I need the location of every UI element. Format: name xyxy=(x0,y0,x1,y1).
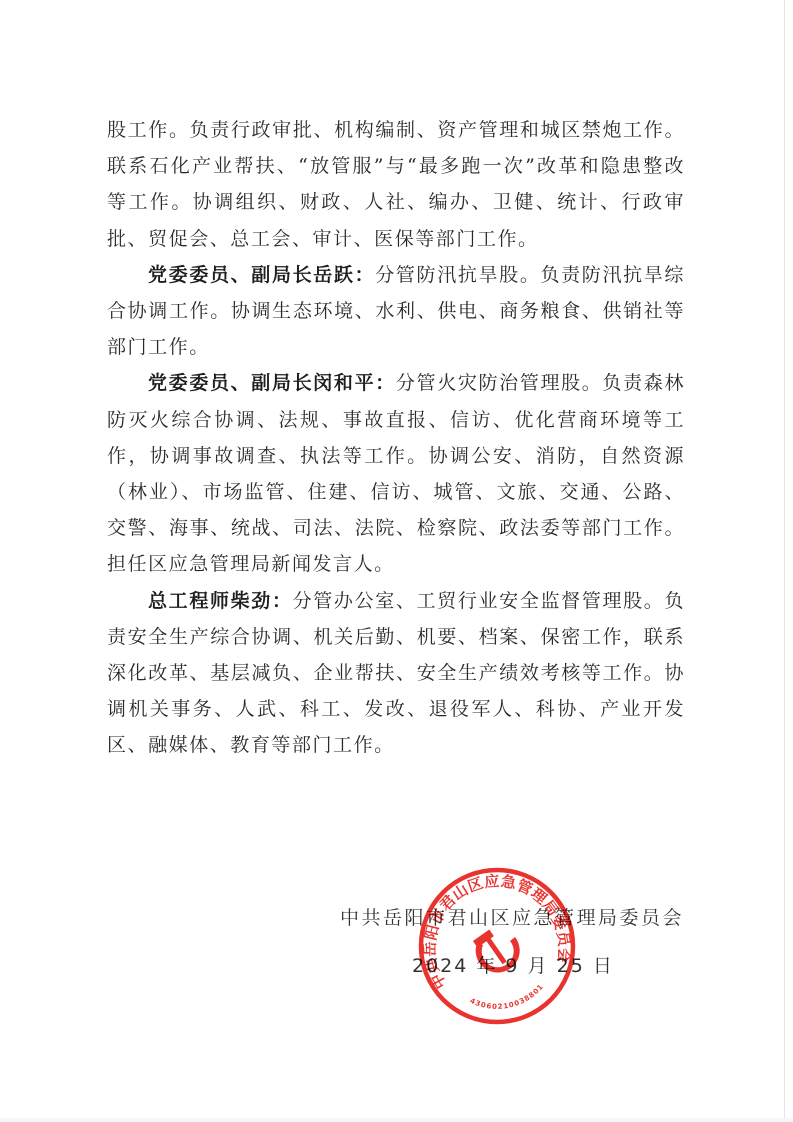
document-body: 股工作。负责行政审批、机构编制、资产管理和城区禁炮工作。联系石化产业帮扶、“放管… xyxy=(107,112,685,764)
paragraph-lead: 党委委员、副局长闵和平： xyxy=(148,372,396,394)
svg-text:43060210038801: 43060210038801 xyxy=(469,982,546,1011)
paragraph-min-heping: 党委委员、副局长闵和平：分管火灾防治管理股。负责森林防灭火综合协调、法规、事故直… xyxy=(107,365,685,582)
paragraph-chai-jin: 总工程师柴劲：分管办公室、工贸行业安全监督管理股。负责安全生产综合协调、机关后勤… xyxy=(107,583,685,764)
official-seal-icon: 中共岳阳市君山区应急管理局委员会 43060210038801 xyxy=(416,865,578,1027)
page-bottom-edge xyxy=(0,1118,793,1122)
paragraph-yue-yue: 党委委员、副局长岳跃：分管防汛抗旱股。负责防汛抗旱综合协调工作。协调生态环境、水… xyxy=(107,257,685,366)
paragraph-lead: 总工程师柴劲： xyxy=(148,590,293,612)
paragraph-text: 分管办公室、工贸行业安全监督管理股。负责安全生产综合协调、机关后勤、机要、档案、… xyxy=(107,590,685,757)
page-edge xyxy=(784,0,785,1122)
paragraph-lead: 党委委员、副局长岳跃： xyxy=(148,264,375,286)
paragraph-text: 股工作。负责行政审批、机构编制、资产管理和城区禁炮工作。联系石化产业帮扶、“放管… xyxy=(107,119,685,250)
paragraph-continuation: 股工作。负责行政审批、机构编制、资产管理和城区禁炮工作。联系石化产业帮扶、“放管… xyxy=(107,112,685,257)
paragraph-text: 分管火灾防治管理股。负责森林防灭火综合协调、法规、事故直报、信访、优化营商环境等… xyxy=(107,372,685,575)
